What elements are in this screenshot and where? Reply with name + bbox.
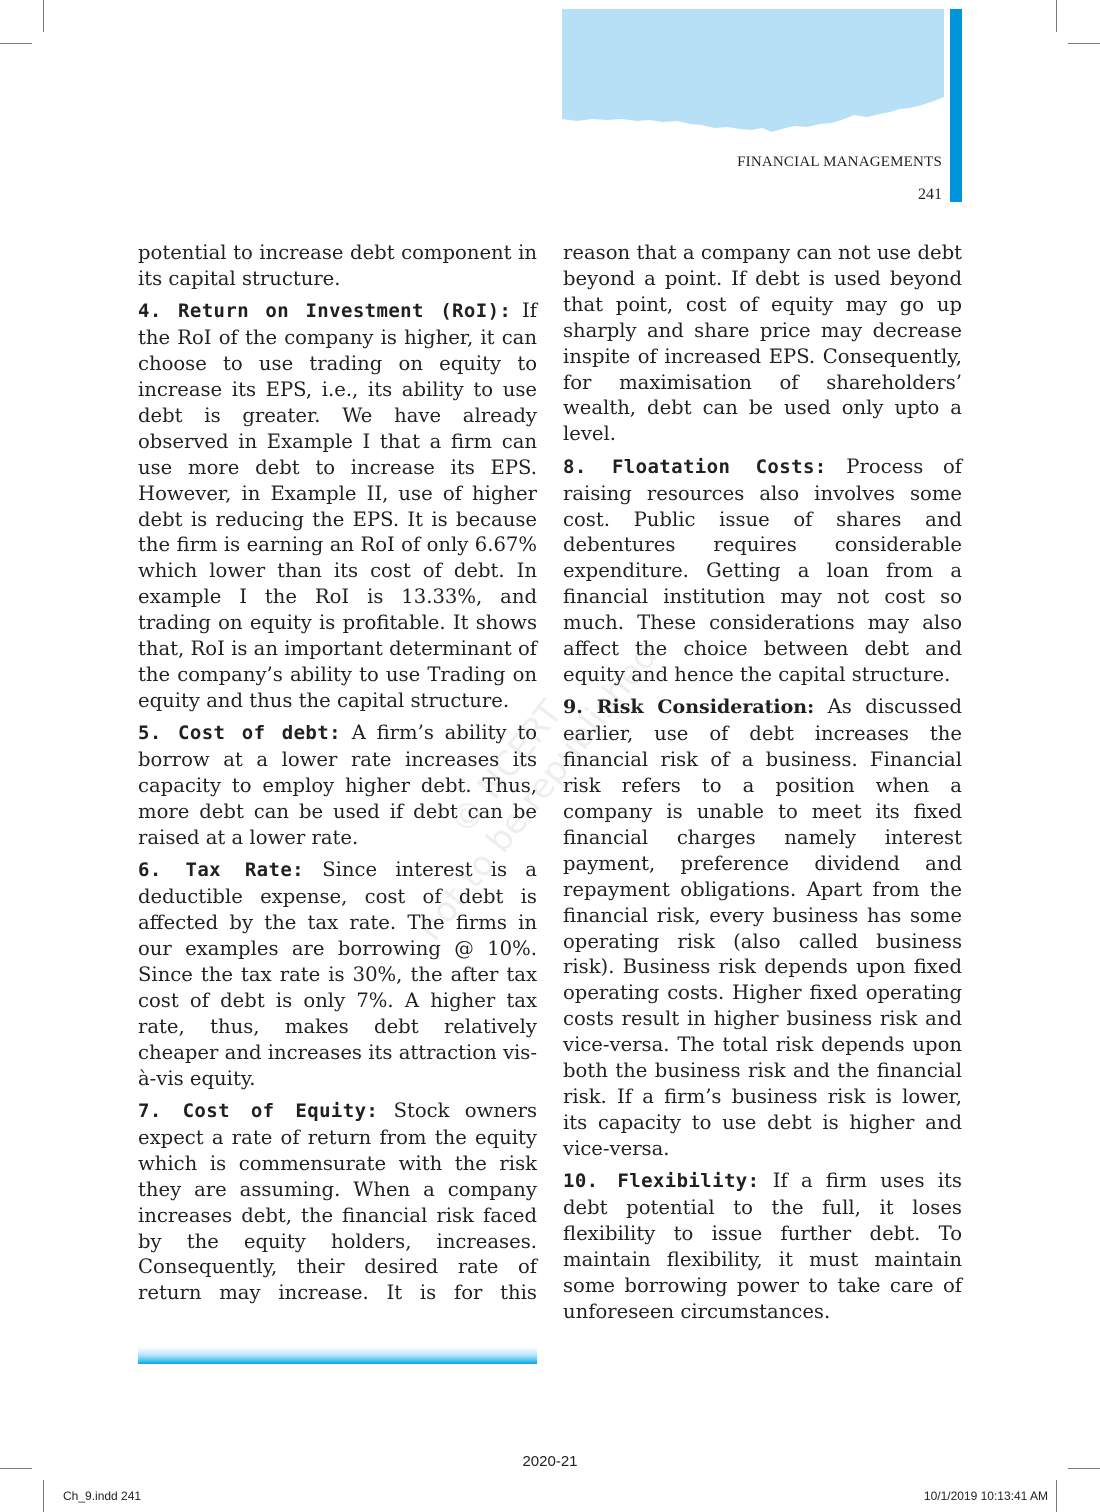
paragraph-heading: 10. Flexibility: bbox=[563, 1170, 759, 1192]
paragraph-text: Process of raising resources also involv… bbox=[563, 455, 962, 686]
print-slug-file: Ch_9.indd 241 bbox=[63, 1489, 141, 1503]
crop-mark bbox=[1068, 43, 1100, 44]
paragraph-text: Since interest is a deductible expense, … bbox=[138, 858, 537, 1089]
running-head: FINANCIAL MANAGEMENTS bbox=[737, 154, 942, 171]
header-torn-paper-splash bbox=[562, 9, 944, 134]
paragraph-text: potential to increase debt component in … bbox=[138, 241, 537, 290]
paragraph-text: If a firm uses its debt potential to the… bbox=[563, 1169, 962, 1323]
paragraph-text: If the RoI of the company is higher, it … bbox=[138, 299, 537, 712]
paragraph-heading: 5. Cost of debt: bbox=[138, 722, 341, 744]
paragraph-continuation: potential to increase debt component in … bbox=[138, 240, 537, 292]
column-end-rule bbox=[138, 1347, 537, 1364]
header-accent-bar bbox=[950, 9, 962, 202]
paragraph-heading: 9. Risk Consideration: bbox=[563, 696, 814, 718]
paragraph-heading: 4. Return on Investment (RoI): bbox=[138, 300, 511, 322]
paragraph-flexibility: 10. Flexibility: If a firm uses its debt… bbox=[563, 1168, 962, 1324]
paragraph-floatation-costs: 8. Floatation Costs: Process of raising … bbox=[563, 454, 962, 688]
crop-mark bbox=[1056, 1480, 1057, 1512]
paragraph-cost-of-equity-continued: reason that a company can not use debt b… bbox=[563, 240, 962, 447]
crop-mark bbox=[43, 0, 44, 32]
paragraph-risk-consideration: 9. Risk Consideration: As discussed earl… bbox=[563, 694, 962, 1161]
crop-mark bbox=[1056, 0, 1057, 32]
paragraph-tax-rate: 6. Tax Rate: Since interest is a deducti… bbox=[138, 857, 537, 1091]
paragraph-heading: 6. Tax Rate: bbox=[138, 859, 304, 881]
paragraph-cost-of-debt: 5. Cost of debt: A firm’s ability to bor… bbox=[138, 720, 537, 851]
crop-mark bbox=[0, 43, 32, 44]
paragraph-return-on-investment: 4. Return on Investment (RoI): If the Ro… bbox=[138, 298, 537, 714]
paragraph-cost-of-equity: 7. Cost of Equity: Stock owners expect a… bbox=[138, 1098, 537, 1306]
footer-year: 2020-21 bbox=[0, 1453, 1100, 1470]
paragraph-heading: 7. Cost of Equity: bbox=[138, 1100, 378, 1122]
left-column: potential to increase debt component in … bbox=[138, 240, 537, 1313]
paragraph-text: As discussed earlier, use of debt increa… bbox=[563, 695, 962, 1159]
page-number: 241 bbox=[918, 186, 942, 204]
paragraph-text: reason that a company can not use debt b… bbox=[563, 241, 962, 445]
crop-mark bbox=[43, 1480, 44, 1512]
print-slug-timestamp: 10/1/2019 10:13:41 AM bbox=[924, 1489, 1048, 1503]
paragraph-text: Stock owners expect a rate of return fro… bbox=[138, 1099, 537, 1304]
paragraph-heading: 8. Floatation Costs: bbox=[563, 456, 827, 478]
right-column: reason that a company can not use debt b… bbox=[563, 240, 962, 1331]
